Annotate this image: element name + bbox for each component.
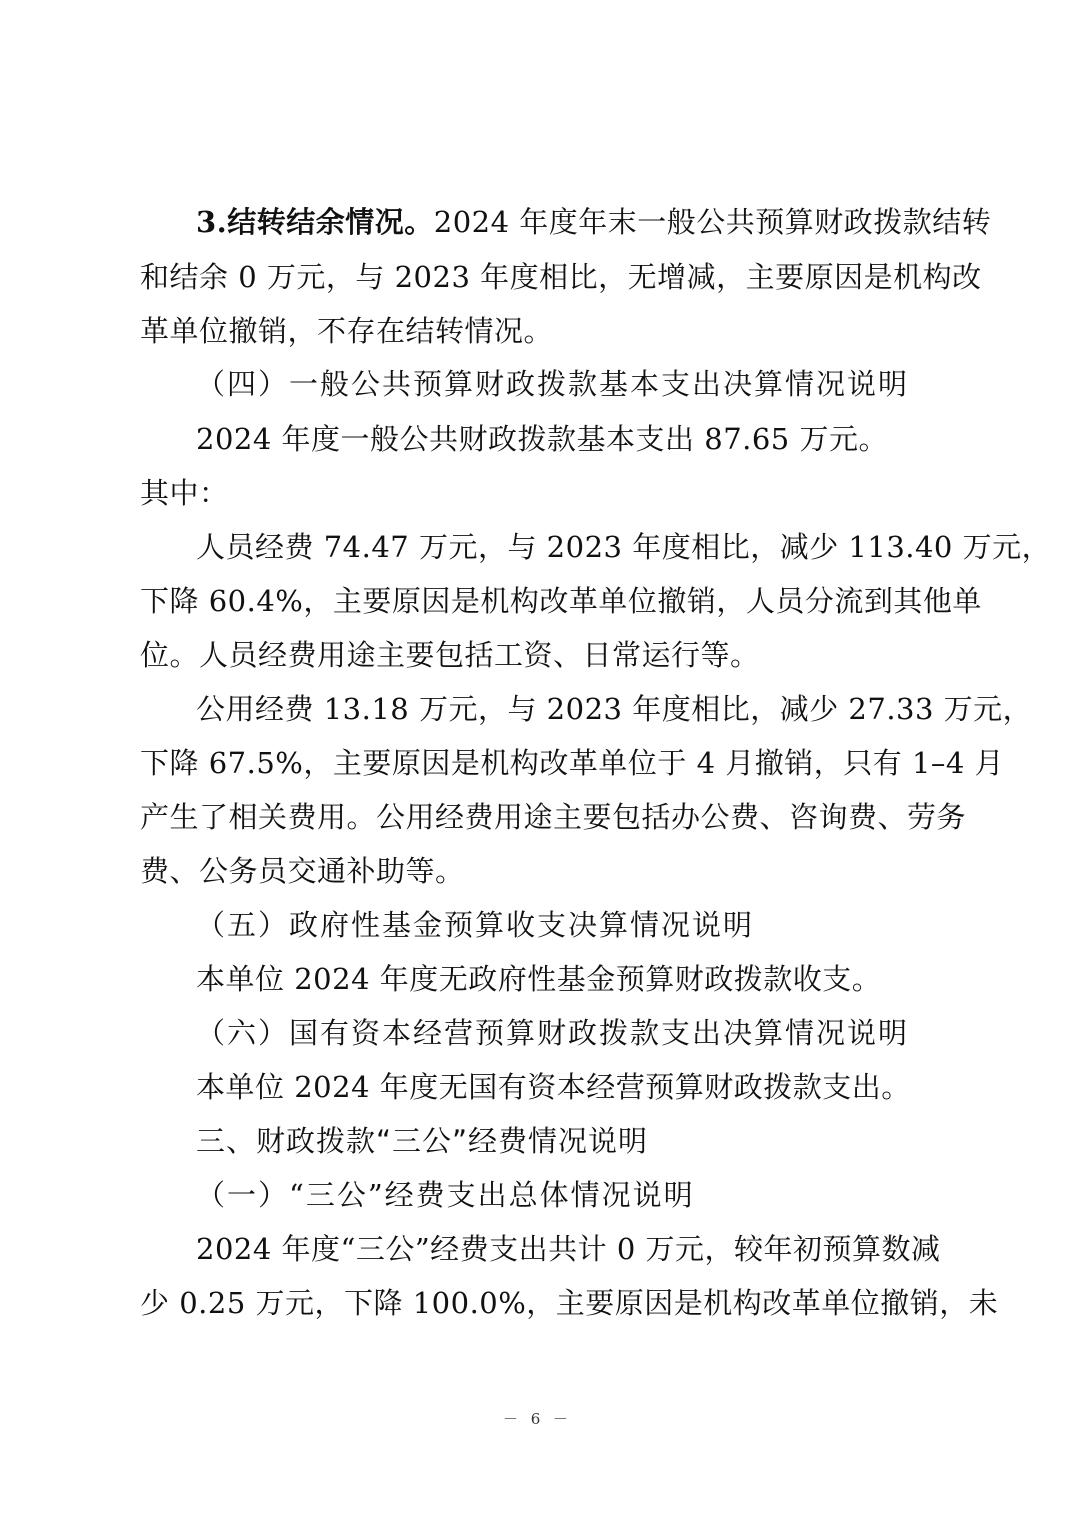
paragraph-three-public-line-1: 2024 年度“三公”经费支出共计 0 万元，较年初预算数减 bbox=[196, 1229, 940, 1269]
paragraph-carryover-line-1: 3.结转结余情况。2024 年度年末一般公共预算财政拨款结转 bbox=[196, 202, 940, 242]
subheading-state-capital: （六）国有资本经营预算财政拨款支出决算情况说明 bbox=[196, 1013, 940, 1053]
carryover-lead-heading: 3.结转结余情况。 bbox=[196, 205, 434, 239]
paragraph-personnel-line-3: 位。人员经费用途主要包括工资、日常运行等。 bbox=[140, 635, 940, 675]
paragraph-basic-expense-line-2: 其中： bbox=[140, 473, 940, 513]
paragraph-three-public-line-2: 少 0.25 万元，下降 100.0%，主要原因是机构改革单位撤销，未 bbox=[140, 1283, 940, 1323]
paragraph-personnel-line-2: 下降 60.4%，主要原因是机构改革单位撤销，人员分流到其他单 bbox=[140, 581, 940, 621]
paragraph-gov-fund: 本单位 2024 年度无政府性基金预算财政拨款收支。 bbox=[196, 959, 940, 999]
document-page: 3.结转结余情况。2024 年度年末一般公共预算财政拨款结转 和结余 0 万元，… bbox=[0, 0, 1075, 1520]
paragraph-public-line-2: 下降 67.5%，主要原因是机构改革单位于 4 月撤销，只有 1–4 月 bbox=[140, 743, 940, 783]
carryover-text: 2024 年度年末一般公共预算财政拨款结转 bbox=[434, 205, 992, 239]
paragraph-personnel-line-1: 人员经费 74.47 万元，与 2023 年度相比，减少 113.40 万元， bbox=[196, 527, 940, 567]
paragraph-public-line-4: 费、公务员交通补助等。 bbox=[140, 851, 940, 891]
paragraph-carryover-line-2: 和结余 0 万元，与 2023 年度相比，无增减，主要原因是机构改 bbox=[140, 257, 940, 297]
paragraph-public-line-1: 公用经费 13.18 万元，与 2023 年度相比，减少 27.33 万元， bbox=[196, 689, 940, 729]
subheading-three-public-overview: （一）“三公”经费支出总体情况说明 bbox=[196, 1175, 940, 1215]
paragraph-public-line-3: 产生了相关费用。公用经费用途主要包括办公费、咨询费、劳务 bbox=[140, 797, 940, 837]
paragraph-carryover-line-3: 革单位撤销，不存在结转情况。 bbox=[140, 311, 940, 351]
page-number: － 6 － bbox=[0, 1408, 1075, 1429]
paragraph-basic-expense-line-1: 2024 年度一般公共财政拨款基本支出 87.65 万元。 bbox=[196, 419, 940, 459]
section-heading-three-public-funds: 三、财政拨款“三公”经费情况说明 bbox=[196, 1121, 940, 1161]
paragraph-state-capital: 本单位 2024 年度无国有资本经营预算财政拨款支出。 bbox=[196, 1067, 940, 1107]
subheading-basic-expense: （四）一般公共预算财政拨款基本支出决算情况说明 bbox=[196, 364, 940, 404]
subheading-gov-fund: （五）政府性基金预算收支决算情况说明 bbox=[196, 905, 940, 945]
